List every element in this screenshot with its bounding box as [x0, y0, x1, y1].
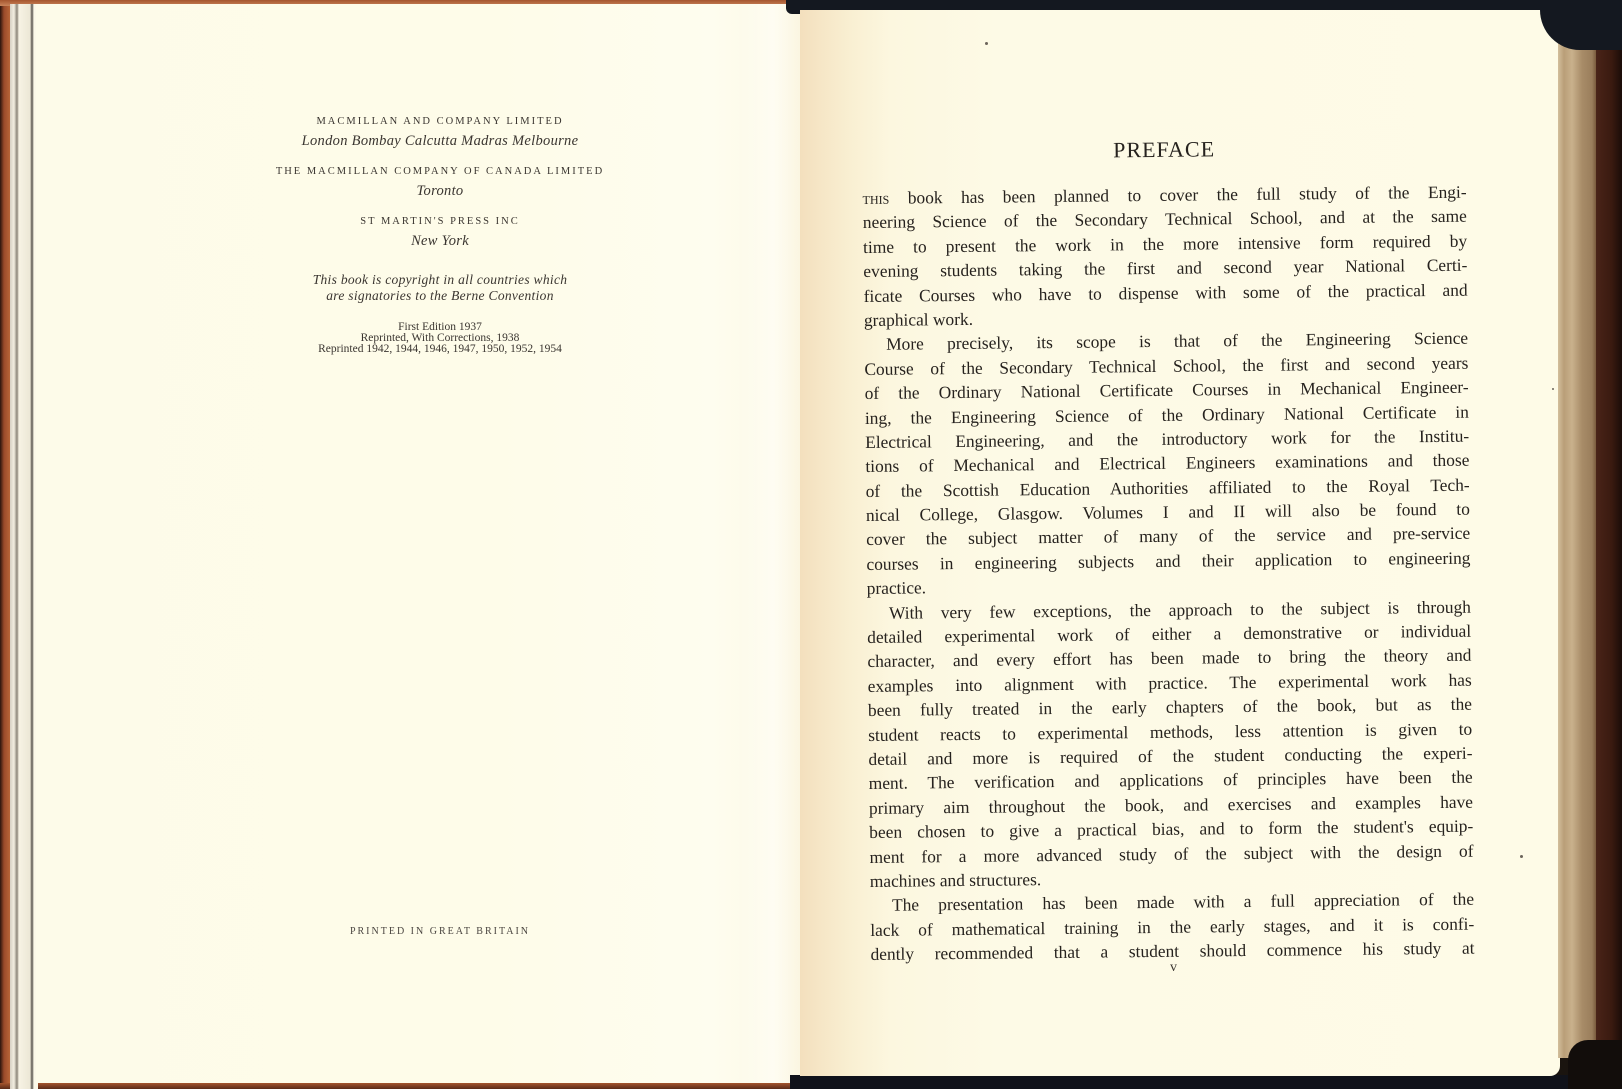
gutter-shadow: [740, 4, 806, 1083]
copyright-line: are signatories to the Berne Convention: [200, 288, 680, 304]
background-bottom-right: [1568, 1040, 1622, 1089]
publisher-st-martins: ST MARTIN'S PRESS INC New York: [200, 214, 680, 252]
copyright-notice: This book is copyright in all countries …: [200, 272, 680, 304]
page-number: v: [1170, 960, 1177, 976]
edition-line: Reprinted 1942, 1944, 1946, 1947, 1950, …: [200, 344, 680, 355]
lead-smallcaps: This: [863, 188, 890, 208]
printed-in-notice: PRINTED IN GREAT BRITAIN: [340, 926, 540, 937]
preface-section: PREFACE This book has been planned to co…: [862, 134, 1475, 967]
paper-speck: [1552, 388, 1554, 390]
paper-speck: [1520, 855, 1523, 858]
book-spread: MACMILLAN AND COMPANY LIMITED London Bom…: [0, 0, 1622, 1089]
imprint-block: MACMILLAN AND COMPANY LIMITED London Bom…: [200, 114, 680, 355]
publisher-name: THE MACMILLAN COMPANY OF CANADA LIMITED: [200, 164, 680, 180]
copyright-line: This book is copyright in all countries …: [200, 272, 680, 288]
paragraph: More precisely, its scope is that of the…: [864, 326, 1471, 601]
book-cover-bottom-edge: [0, 1083, 800, 1089]
publisher-macmillan-canada: THE MACMILLAN COMPANY OF CANADA LIMITED …: [200, 164, 680, 202]
publisher-name: ST MARTIN'S PRESS INC: [200, 214, 680, 230]
publisher-name: MACMILLAN AND COMPANY LIMITED: [200, 114, 680, 130]
page-title: PREFACE: [862, 134, 1466, 166]
publisher-city: New York: [200, 230, 680, 252]
publisher-city: Toronto: [200, 180, 680, 202]
paragraph: This book has been planned to cover the …: [862, 180, 1467, 333]
paragraph: With very few exceptions, the approach t…: [867, 594, 1474, 893]
background-bottom: [790, 1075, 1622, 1089]
left-page-stack-edge: [10, 4, 38, 1089]
book-cover-right-edge: [1596, 40, 1622, 1089]
paragraph: The presentation has been made with a fu…: [870, 887, 1475, 966]
publisher-cities: London Bombay Calcutta Madras Melbourne: [200, 130, 680, 152]
edition-history: First Edition 1937 Reprinted, With Corre…: [200, 322, 680, 355]
paper-speck: [985, 42, 988, 45]
publisher-macmillan-london: MACMILLAN AND COMPANY LIMITED London Bom…: [200, 114, 680, 152]
right-page-stack-edge: [1558, 38, 1598, 1058]
